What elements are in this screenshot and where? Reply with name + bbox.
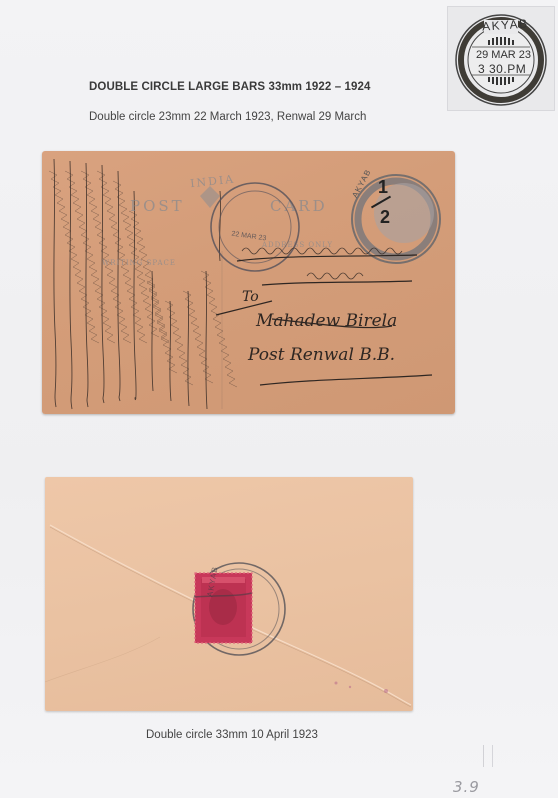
svg-text:WRITING SPACE: WRITING SPACE — [102, 259, 176, 267]
postcard-description: Double circle 23mm 22 March 1923, Renwal… — [89, 111, 366, 123]
address-place: Post Renwal B.B. — [248, 345, 395, 365]
address-to: To — [242, 289, 259, 305]
svg-text:INDIA: INDIA — [190, 173, 236, 191]
envelope-caption: Double circle 33mm 10 April 1923 — [146, 729, 318, 741]
envelope-markings-icon — [45, 477, 413, 711]
envelope: AKYAB — [45, 477, 413, 711]
indicia-value-denominator: 2 — [380, 207, 390, 228]
album-page: AKYAB 29 MAR 23 3 30.PM DOUBLE CIRCLE LA… — [0, 0, 558, 798]
svg-text:POST: POST — [130, 197, 185, 215]
stamp — [195, 573, 252, 643]
postmark-date: 29 MAR 23 — [476, 49, 531, 61]
postcard: INDIA POST CARD WRITING SPACE ADDRESS ON… — [42, 151, 455, 414]
postcard-markings-icon: INDIA POST CARD WRITING SPACE ADDRESS ON… — [42, 151, 455, 414]
addressee-name: Mahadew Birela — [256, 311, 397, 331]
postmark-inset: AKYAB 29 MAR 23 3 30.PM — [447, 6, 555, 111]
page-title: DOUBLE CIRCLE LARGE BARS 33mm 1922 – 192… — [89, 81, 370, 93]
pencil-mark — [483, 745, 493, 767]
indicia-value-numerator: 1 — [378, 177, 388, 198]
postmark-time: 3 30.PM — [478, 62, 526, 76]
page-number: 3.9 — [453, 778, 480, 796]
svg-text:22 MAR 23: 22 MAR 23 — [231, 231, 267, 243]
